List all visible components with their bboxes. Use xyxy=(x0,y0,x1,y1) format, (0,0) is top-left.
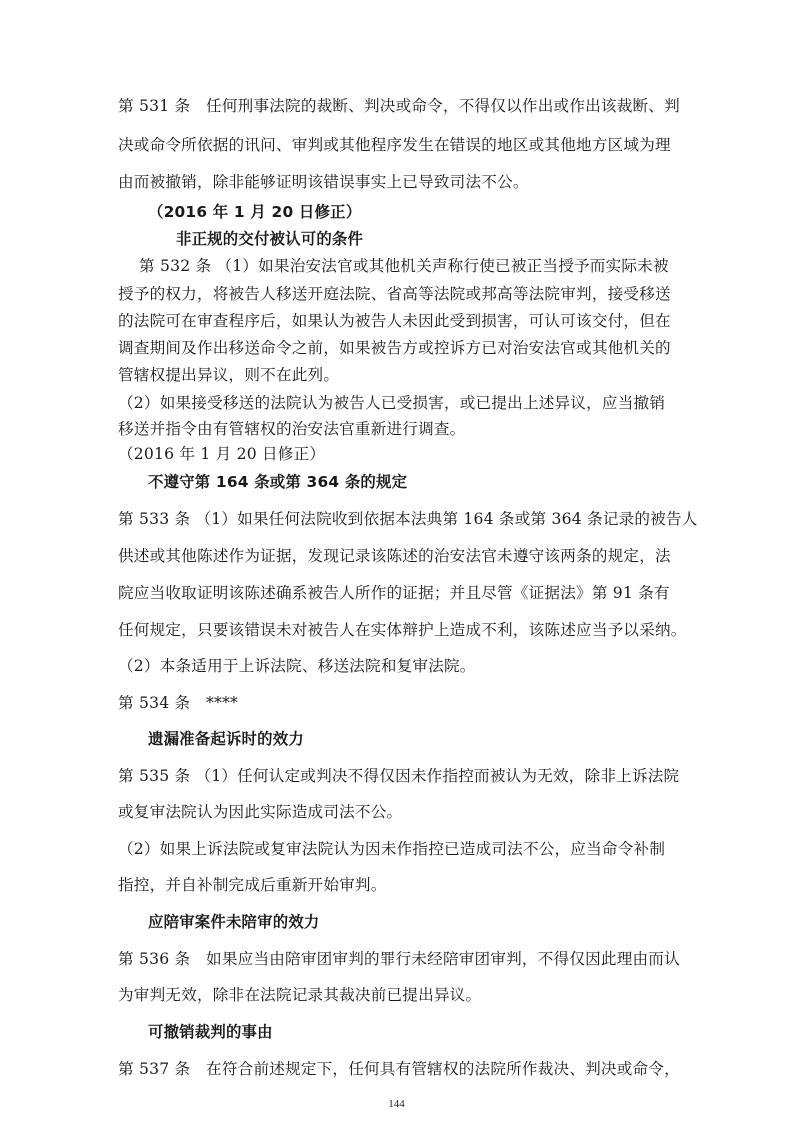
text-line: 由而被撤销，除非能够证明该错误事实上已导致司法不公。 xyxy=(118,172,529,192)
text-line: 第 534 条 **** xyxy=(118,693,238,713)
page-number: 144 xyxy=(0,1098,793,1110)
text-line: 的法院可在审查程序后，如果认为被告人未因此受到损害，可认可该交付，但在 xyxy=(118,311,671,331)
text-line: （2）如果接受移送的法院认为被告人已受损害，或已提出上述异议，应当撤销 xyxy=(118,393,665,413)
section-heading: 可撤销裁判的事由 xyxy=(148,1022,273,1042)
text-line: 院应当收取证明该陈述确系被告人所作的证据；并且尽管《证据法》第 91 条有 xyxy=(118,583,670,603)
text-line: 为审判无效，除非在法院记录其裁决前已提出异议。 xyxy=(118,985,481,1005)
section-heading: 不遵守第 164 条或第 364 条的规定 xyxy=(148,472,407,492)
text-line: 决或命令所依据的讯问、审判或其他程序发生在错误的地区或其他地方区域为理 xyxy=(118,135,671,155)
section-heading: 遗漏准备起诉时的效力 xyxy=(148,729,304,749)
amendment-note: （2016 年 1 月 20 日修正） xyxy=(118,444,325,464)
text-line: （2）本条适用于上诉法院、移送法院和复审法院。 xyxy=(118,656,476,676)
text-line: 第 537 条 在符合前述规定下，任何具有管辖权的法院所作裁决、判决或命令， xyxy=(118,1059,680,1079)
text-line: 第 533 条 （1）如果任何法院收到依据本法典第 164 条或第 364 条记… xyxy=(118,509,698,529)
section-heading: 非正规的交付被认可的条件 xyxy=(176,229,363,249)
text-line: 授予的权力，将被告人移送开庭法院、省高等法院或邦高等法院审判，接受移送 xyxy=(118,284,671,304)
amendment-note: （2016 年 1 月 20 日修正） xyxy=(148,202,361,222)
text-line: 调查期间及作出移送命令之前，如果被告方或控诉方已对治安法官或其他机关的 xyxy=(118,338,671,358)
text-line: 第 532 条 （1）如果治安法官或其他机关声称行使已被正当授予而实际未被 xyxy=(139,256,669,276)
text-line: 或复审法院认为因此实际造成司法不公。 xyxy=(118,802,402,822)
text-line: （2）如果上诉法院或复审法院认为因未作指控已造成司法不公，应当命令补制 xyxy=(118,839,665,859)
text-line: 第 535 条 （1）任何认定或判决不得仅因未作指控而被认为无效，除非上诉法院 xyxy=(118,766,679,786)
text-line: 管辖权提出异议，则不在此列。 xyxy=(118,365,339,385)
text-line: 第 531 条 任何刑事法院的裁断、判决或命令，不得仅以作出或作出该裁断、判 xyxy=(118,96,680,116)
text-line: 移送并指令由有管辖权的治安法官重新进行调查。 xyxy=(118,419,465,439)
text-line: 任何规定，只要该错误未对被告人在实体辩护上造成不利，该陈述应当予以采纳。 xyxy=(118,620,687,640)
text-line: 第 536 条 如果应当由陪审团审判的罪行未经陪审团审判，不得仅因此理由而认 xyxy=(118,949,680,969)
text-line: 供述或其他陈述作为证据，发现记录该陈述的治安法官未遵守该两条的规定，法 xyxy=(118,546,671,566)
section-heading: 应陪审案件未陪审的效力 xyxy=(148,912,320,932)
text-line: 指控，并自补制完成后重新开始审判。 xyxy=(118,875,387,895)
